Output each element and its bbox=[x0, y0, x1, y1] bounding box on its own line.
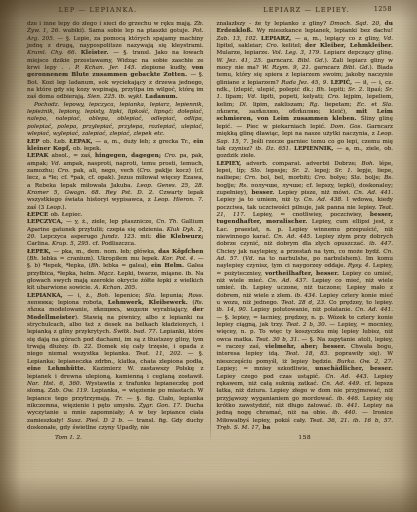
paragraph: dze i inne lepy do złego i sieci do grze… bbox=[27, 21, 204, 102]
paragraph: znalazłszy - że ty lepianko z gliny? Dmo… bbox=[217, 21, 394, 161]
left-column-text: dze i inne lepy do złego i sieci do grze… bbox=[27, 21, 204, 432]
right-column: znalazłszy - że ty lepianko z gliny? Dmo… bbox=[217, 21, 394, 443]
page-number: 1258 bbox=[374, 6, 392, 13]
sheet-number: 158 bbox=[217, 435, 394, 442]
paragraph: Pochodz. lepowy, lepczyca, lepianka, lep… bbox=[27, 102, 204, 139]
text-columns: dze i inne lepy do złego i sieci do grze… bbox=[0, 19, 417, 443]
column-divider bbox=[210, 21, 211, 443]
paragraph: LEPIEY, adverb. comparat. adverbii Dobrz… bbox=[217, 161, 394, 433]
paragraph: LEPIANKA, — i, ż., Boh. lepenice; Sla. l… bbox=[27, 293, 204, 433]
paragraph: LEPAK absol., = zaś, hingegen, dagegen; … bbox=[27, 153, 204, 212]
right-column-text: znalazłszy - że ty lepianko z gliny? Dmo… bbox=[217, 21, 394, 432]
left-column: dze i inne lepy do złego i sieci do grze… bbox=[27, 21, 204, 443]
paragraph: ŁEP ob. Łeb. ŁEPAK, — a, m., duży łeb; z… bbox=[27, 139, 204, 154]
paragraph: ŁEPEK, — pka, m., dem. nom. łeb; główka,… bbox=[27, 249, 204, 293]
scanned-dictionary-page: LEP — LEPIANKA. LEPIARZ — LEPIEY. 1258 d… bbox=[0, 0, 417, 512]
paragraph: LEPCZYCA, — y, ż., ziele, lep ptasznicze… bbox=[27, 219, 204, 248]
running-header: LEP — LEPIANKA. LEPIARZ — LEPIEY. 1258 bbox=[0, 0, 417, 19]
header-left-title: LEP — LEPIANKA. bbox=[0, 6, 196, 19]
volume-signature: Tom I. 2. bbox=[27, 435, 204, 442]
